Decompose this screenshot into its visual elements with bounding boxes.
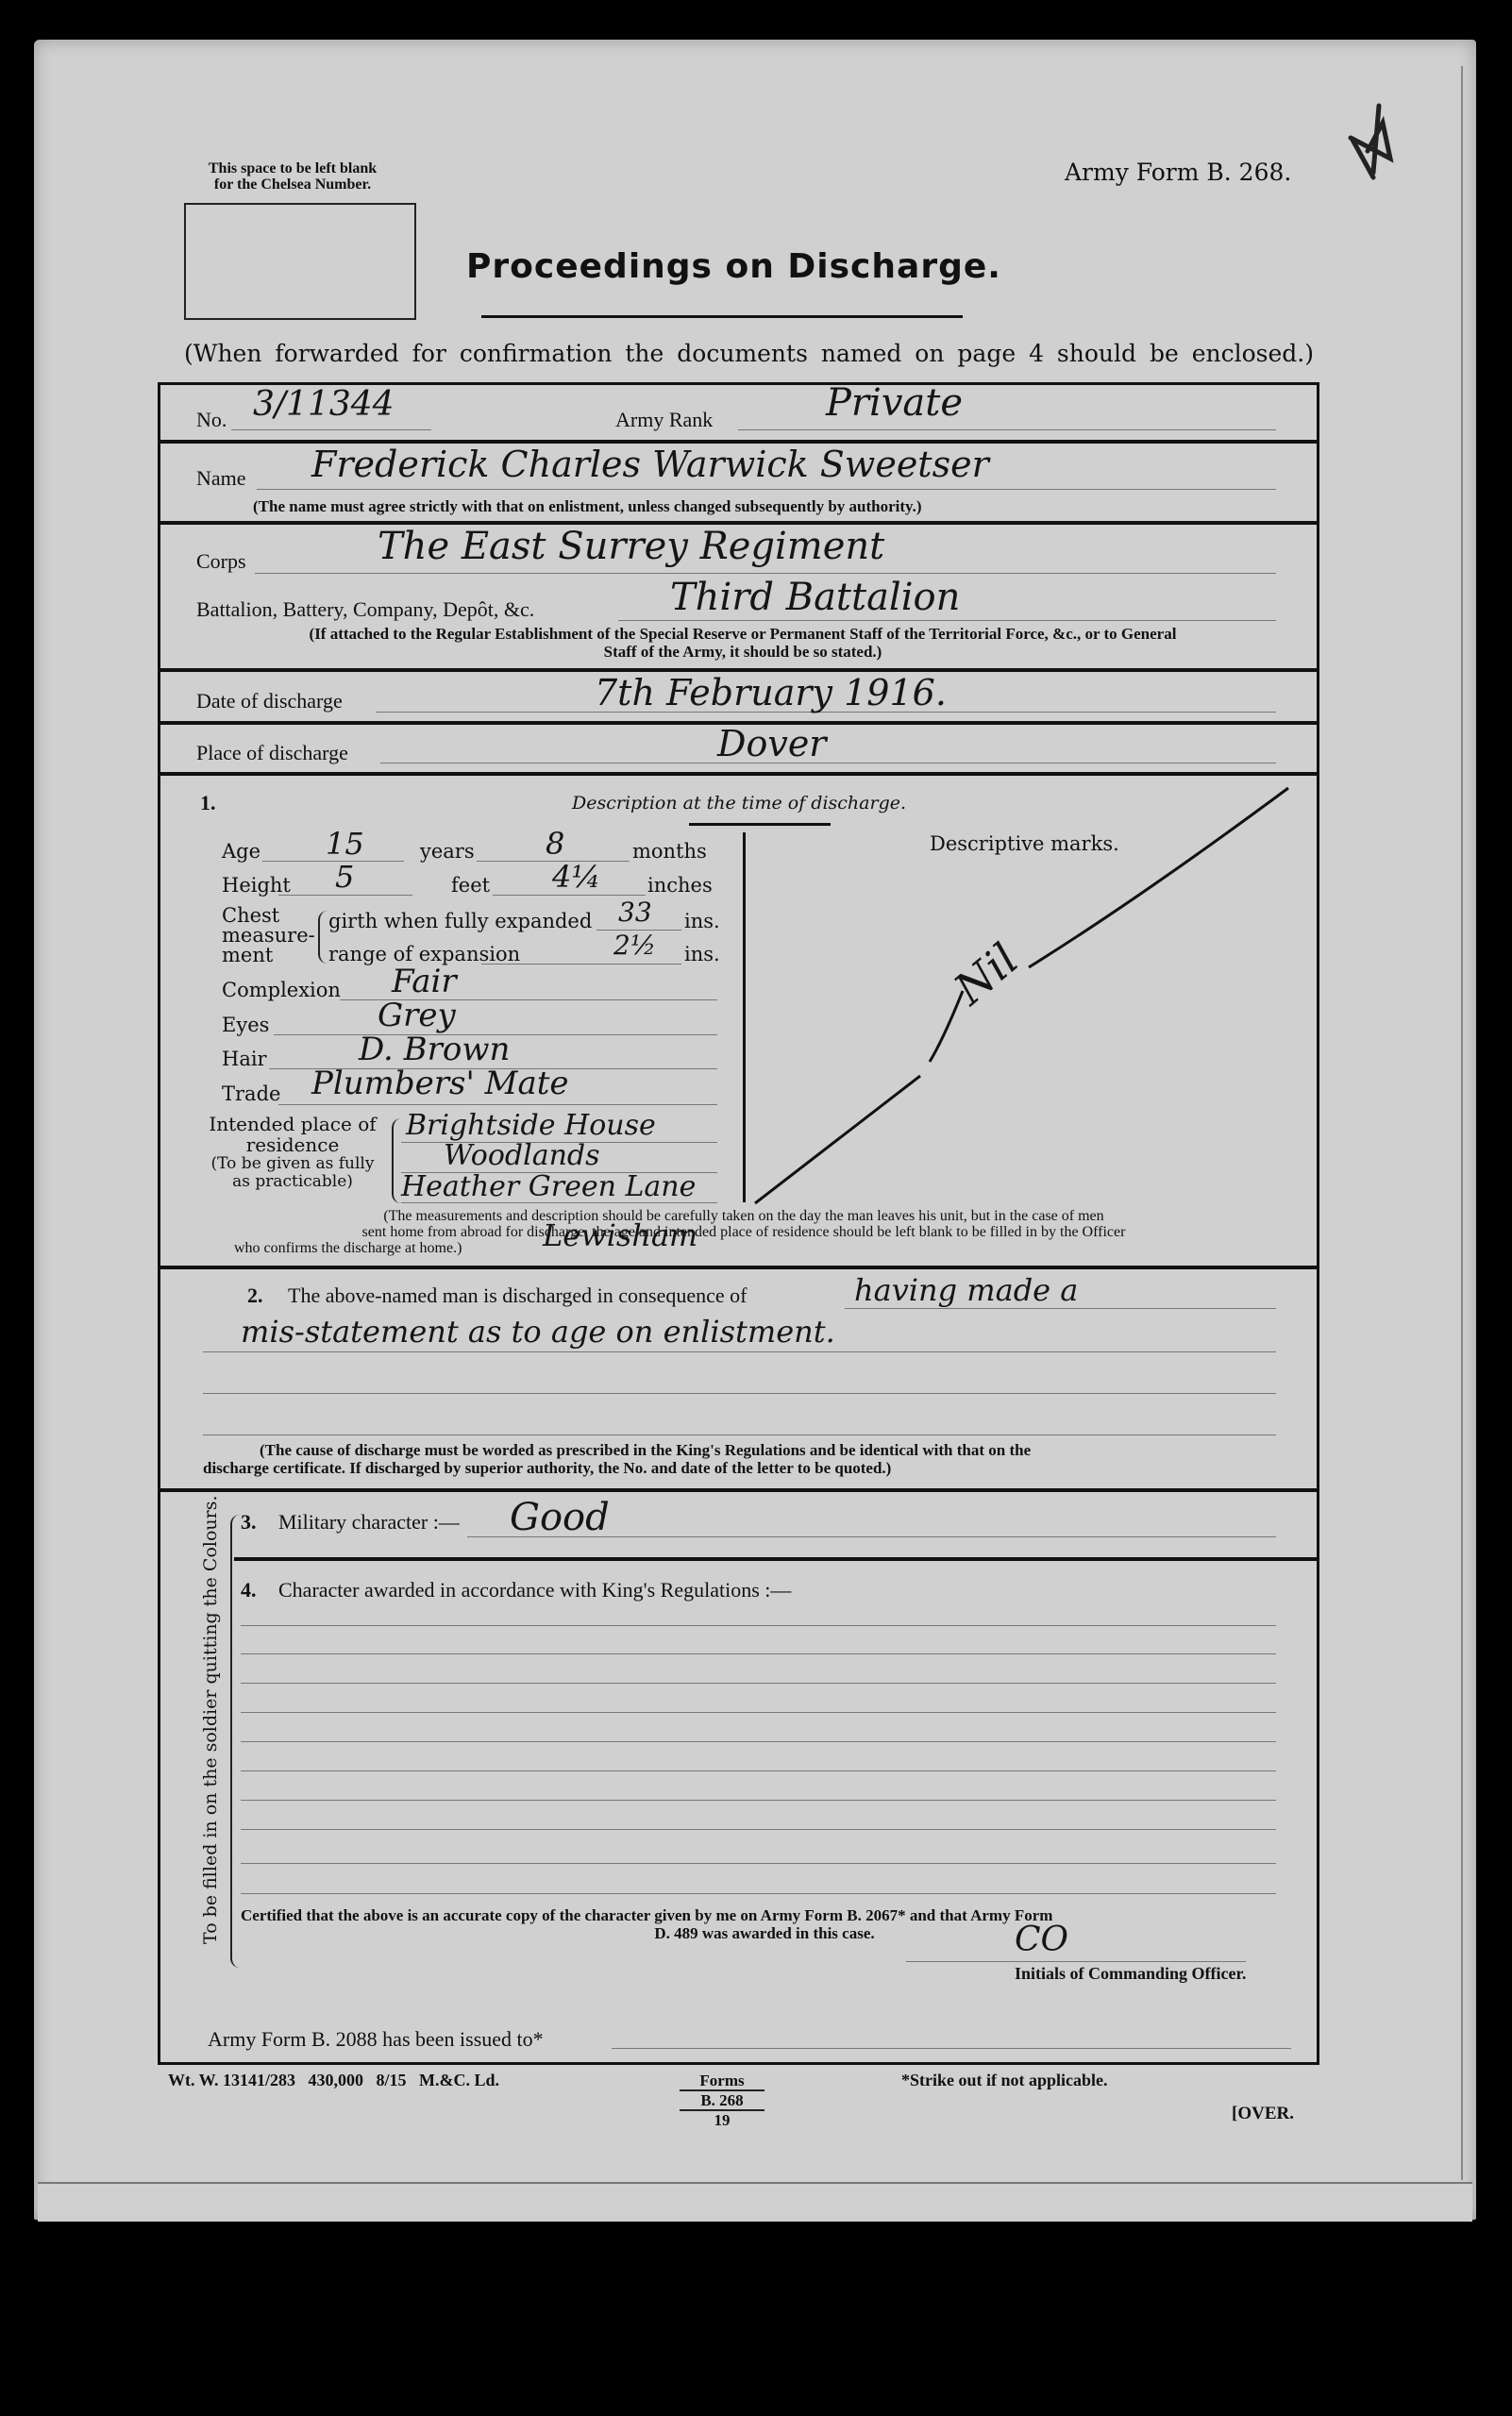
- chest-brace: [318, 911, 328, 964]
- cause-note: (The cause of discharge must be worded a…: [203, 1441, 1288, 1477]
- side-note: To be filled in on the soldier quitting …: [200, 1495, 221, 1944]
- military-character-field[interactable]: Good: [510, 1496, 610, 1539]
- instruction-text: (When forwarded for confirmation the doc…: [184, 340, 1314, 367]
- measurement-note-line2: sent home from abroad for discharge, the…: [196, 1224, 1291, 1240]
- battalion-label: Battalion, Battery, Company, Depôt, &c.: [196, 597, 534, 622]
- chest-label-1: Chest: [222, 906, 315, 926]
- years-label: years: [420, 840, 475, 863]
- height-label: Height: [222, 874, 291, 897]
- residence-label-3: (To be given as fully: [198, 1155, 387, 1173]
- no-line: [231, 429, 431, 430]
- character-brace: [230, 1515, 240, 1968]
- residence-label-2: residence: [198, 1134, 387, 1155]
- cause-label: The above-named man is discharged in con…: [288, 1283, 747, 1308]
- battalion-line: [618, 620, 1276, 621]
- character-line: [241, 1770, 1276, 1771]
- place-label: Place of discharge: [196, 741, 348, 765]
- corps-field[interactable]: The East Surrey Regiment: [378, 525, 884, 568]
- issued-line: [612, 2048, 1291, 2049]
- character-line: [241, 1683, 1276, 1684]
- character-line: [241, 1741, 1276, 1742]
- strike-line: [746, 783, 1293, 1208]
- title-underline: [481, 315, 963, 318]
- row-divider: [160, 772, 1319, 776]
- chelsea-note-line1: This space to be left blank: [179, 160, 406, 176]
- residence-field-3[interactable]: Heather Green Lane: [401, 1170, 696, 1203]
- forms-reference: Forms B. 268 19: [680, 2072, 764, 2129]
- range-line: [481, 964, 681, 965]
- cause-field-1[interactable]: having made a: [854, 1272, 1078, 1308]
- trade-field[interactable]: Plumbers' Mate: [311, 1065, 569, 1102]
- section-2-number: 2.: [247, 1283, 263, 1308]
- residence-field-2[interactable]: Woodlands: [444, 1139, 600, 1172]
- name-label: Name: [196, 466, 246, 491]
- residence-label: Intended place of residence (To be given…: [198, 1114, 387, 1191]
- character-line: [241, 1625, 1276, 1626]
- rank-line: [738, 429, 1276, 430]
- height-feet-field[interactable]: 5: [335, 859, 354, 895]
- battalion-field[interactable]: Third Battalion: [670, 576, 960, 619]
- trade-label: Trade: [222, 1082, 280, 1105]
- character-line: [241, 1829, 1276, 1830]
- section-1-number: 1.: [200, 791, 216, 815]
- name-line: [257, 489, 1276, 490]
- cause-field-2[interactable]: mis-statement as to age on enlistment.: [241, 1314, 835, 1350]
- section-4-number: 4.: [241, 1578, 257, 1602]
- range-field[interactable]: 2½: [613, 930, 656, 961]
- residence-field-1[interactable]: Brightside House: [406, 1109, 656, 1142]
- character-awarded-label: Character awarded in accordance with Kin…: [278, 1578, 791, 1602]
- range-ins-label: ins.: [684, 943, 720, 965]
- no-label: No.: [196, 408, 227, 432]
- military-character-label: Military character :—: [278, 1510, 460, 1535]
- cause-note-line1: (The cause of discharge must be worded a…: [203, 1441, 1288, 1459]
- forms-bottom: 19: [680, 2109, 764, 2129]
- place-field[interactable]: Dover: [717, 723, 826, 764]
- character-line: [241, 1863, 1276, 1864]
- months-label: months: [632, 840, 707, 863]
- complexion-label: Complexion: [222, 979, 341, 1001]
- cause-line-4: [203, 1434, 1276, 1435]
- row-divider: [234, 1557, 1319, 1561]
- battalion-note: (If attached to the Regular Establishmen…: [200, 625, 1285, 661]
- row-divider: [160, 1266, 1319, 1269]
- hair-field[interactable]: D. Brown: [359, 1031, 510, 1068]
- measurement-note-line1: (The measurements and description should…: [196, 1208, 1291, 1224]
- date-label: Date of discharge: [196, 689, 343, 713]
- age-label: Age: [222, 840, 260, 863]
- complexion-field[interactable]: Fair: [392, 963, 457, 1000]
- chest-label: Chest measure- ment: [222, 906, 315, 965]
- rank-label: Army Rank: [615, 408, 713, 432]
- battalion-note-line2: Staff of the Army, it should be so state…: [200, 643, 1285, 661]
- page-fold: [38, 2182, 1472, 2222]
- girth-label: girth when fully expanded: [328, 910, 592, 932]
- eyes-field[interactable]: Grey: [378, 997, 456, 1034]
- forms-mid: B. 268: [680, 2089, 764, 2109]
- chelsea-note: This space to be left blank for the Chel…: [179, 160, 406, 193]
- character-line: [241, 1893, 1276, 1894]
- residence-label-4: as practicable): [198, 1173, 387, 1191]
- name-note: (The name must agree strictly with that …: [253, 497, 922, 515]
- date-field[interactable]: 7th February 1916.: [595, 672, 947, 713]
- certification-line1: Certified that the above is an accurate …: [241, 1906, 1288, 1924]
- place-line: [380, 763, 1276, 763]
- chelsea-number-box[interactable]: [184, 203, 416, 320]
- eyes-label: Eyes: [222, 1014, 269, 1036]
- age-months-field[interactable]: 8: [546, 826, 564, 862]
- measurement-note-line3: who confirms the discharge at home.): [196, 1240, 1291, 1256]
- chelsea-note-line2: for the Chelsea Number.: [179, 176, 406, 193]
- character-line: [241, 1712, 1276, 1713]
- cause-note-line2: discharge certificate. If discharged by …: [203, 1459, 1288, 1477]
- trade-line: [278, 1104, 717, 1105]
- residence-brace: [392, 1118, 401, 1203]
- height-inches-line: [493, 895, 646, 896]
- cause-line-3: [203, 1393, 1276, 1394]
- cause-line-2: [203, 1351, 1276, 1352]
- height-inches-field[interactable]: 4¼: [552, 859, 600, 895]
- form-id: Army Form B. 268.: [1065, 159, 1291, 186]
- measurement-note: (The measurements and description should…: [196, 1208, 1291, 1256]
- inches-label: inches: [647, 874, 713, 897]
- forms-top: Forms: [680, 2072, 764, 2089]
- strike-note: *Strike out if not applicable.: [901, 2072, 1108, 2089]
- section-3-number: 3.: [241, 1510, 257, 1535]
- age-years-field[interactable]: 15: [326, 826, 364, 862]
- check-mark-icon: [1345, 102, 1402, 187]
- initials-field[interactable]: CO: [1015, 1921, 1068, 1959]
- chest-label-3: ment: [222, 946, 315, 965]
- corps-label: Corps: [196, 549, 246, 574]
- initials-line: [906, 1961, 1246, 1962]
- battalion-note-line1: (If attached to the Regular Establishmen…: [200, 625, 1285, 643]
- character-line: [241, 1800, 1276, 1801]
- issued-label: Army Form B. 2088 has been issued to*: [208, 2027, 544, 2052]
- residence-label-1: Intended place of: [198, 1114, 387, 1134]
- height-feet-line: [278, 895, 412, 896]
- chest-label-2: measure-: [222, 926, 315, 946]
- printer-info: Wt. W. 13141/283 430,000 8/15 M.&C. Ld.: [168, 2072, 499, 2089]
- hair-label: Hair: [222, 1048, 267, 1070]
- initials-label: Initials of Commanding Officer.: [1015, 1965, 1246, 1983]
- character-line: [241, 1653, 1276, 1654]
- page-title: Proceedings on Discharge.: [466, 247, 1001, 286]
- girth-field[interactable]: 33: [618, 897, 652, 928]
- name-field[interactable]: Frederick Charles Warwick Sweetser: [311, 444, 989, 485]
- girth-ins-label: ins.: [684, 910, 720, 932]
- service-number-field[interactable]: 3/11344: [253, 385, 395, 424]
- certification-text: Certified that the above is an accurate …: [241, 1906, 1288, 1942]
- row-divider: [160, 1488, 1319, 1492]
- page-edge: [1461, 66, 1469, 2180]
- over-marker: [OVER.: [1232, 2105, 1294, 2122]
- corps-line: [255, 573, 1276, 574]
- rank-field[interactable]: Private: [826, 381, 963, 425]
- certification-line2: D. 489 was awarded in this case.: [241, 1924, 1288, 1942]
- feet-label: feet: [451, 874, 490, 897]
- cause-line-1: [845, 1308, 1276, 1309]
